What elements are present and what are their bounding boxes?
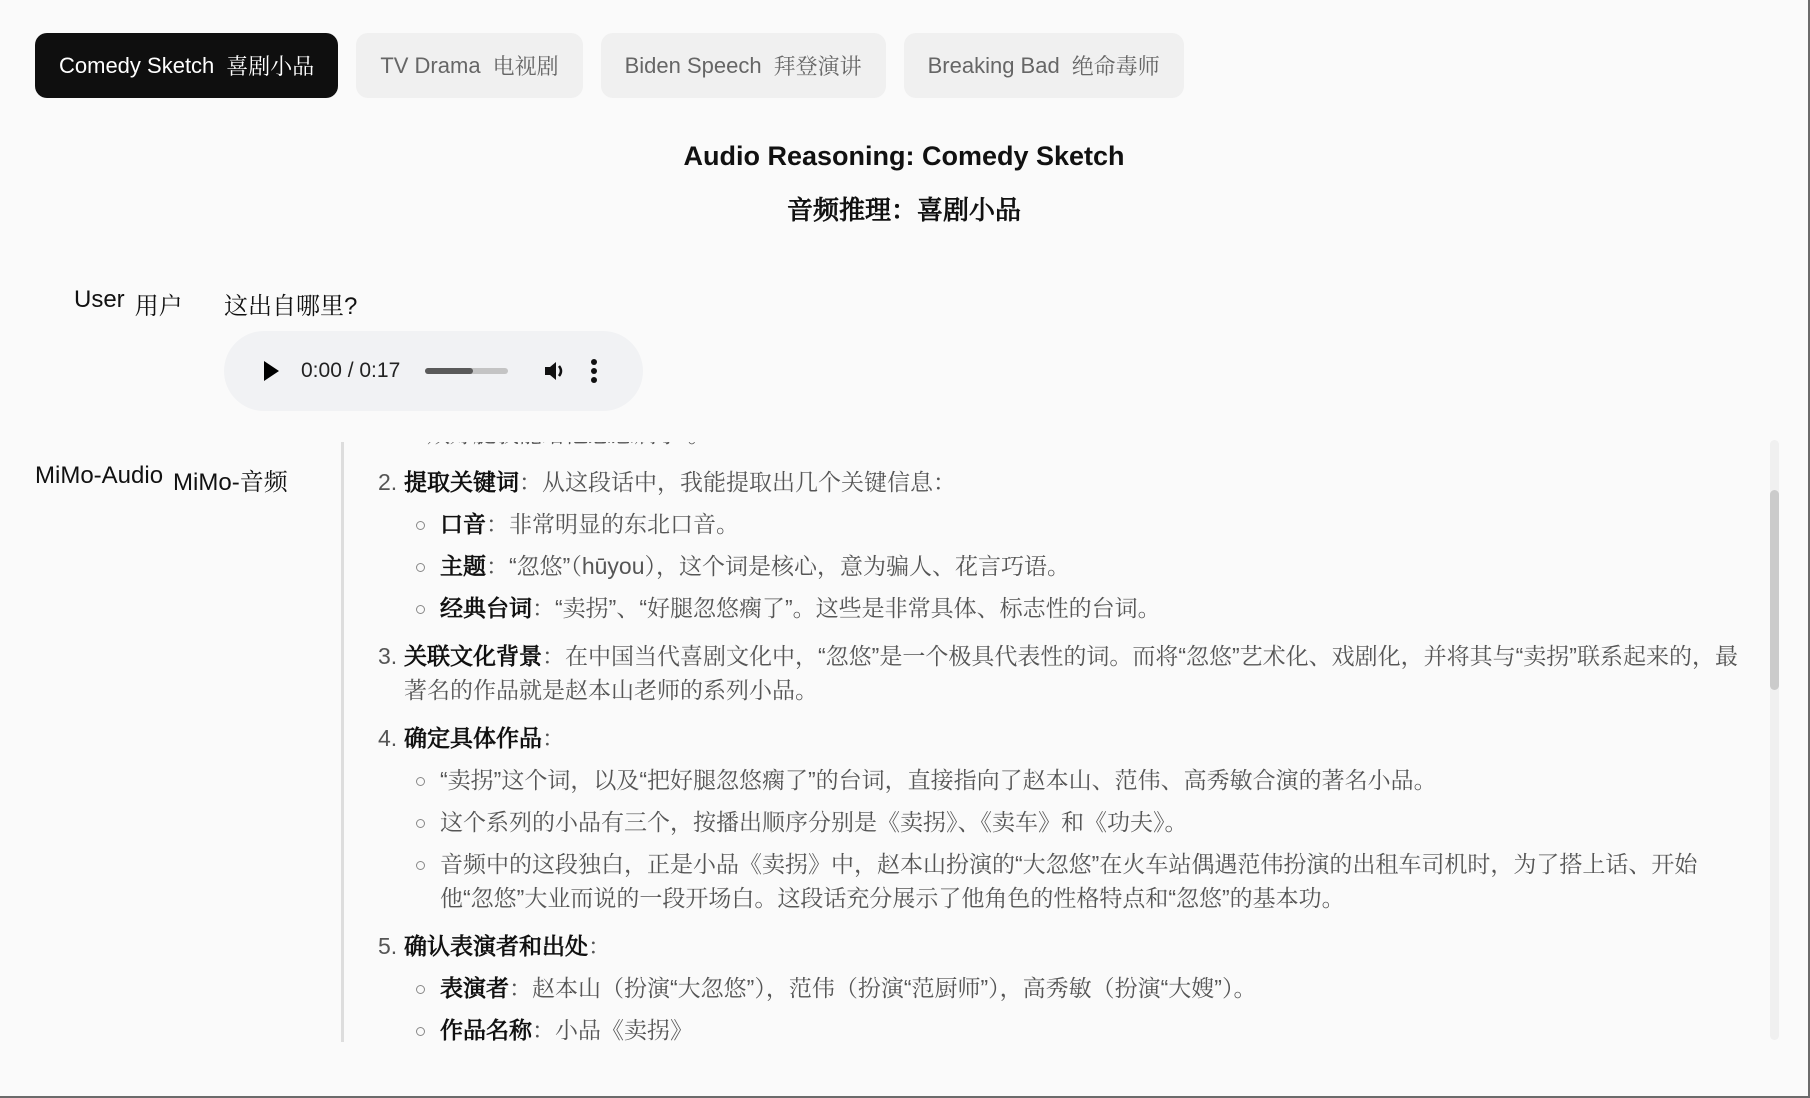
step-item: 4. 确定具体作品： “卖拐”这个词，以及“把好腿忽悠瘸了”的台词，直接指向了赵…	[378, 721, 1744, 915]
clipped-line: 一双好腿我能给他忽悠瘸了”。	[344, 442, 1744, 451]
list-item: 作品名称：小品《卖拐》	[440, 1013, 1744, 1042]
tab-label-en: Biden Speech	[625, 53, 762, 79]
step-subitems: 表演者：赵本山（扮演“大忽悠”），范伟（扮演“范厨师”），高秀敏（扮演“大嫂”）…	[404, 971, 1744, 1042]
tab-label-en: Breaking Bad	[928, 53, 1060, 79]
circle-bullet-icon	[416, 861, 425, 870]
tab-tv-drama[interactable]: TV Drama 电视剧	[356, 33, 582, 98]
step-heading: 确认表演者和出处	[404, 933, 588, 959]
model-response-scroll-area[interactable]: 一双好腿我能给他忽悠瘸了”。 2. 提取关键词：从这段话中，我能提取出几个关键信…	[344, 442, 1764, 1042]
step-heading: 关联文化背景	[404, 643, 542, 669]
list-item: 音频中的这段独白，正是小品《卖拐》中，赵本山扮演的“大忽悠”在火车站偶遇范伟扮演…	[440, 847, 1744, 915]
user-label-zh: 用户	[135, 286, 183, 321]
circle-bullet-icon	[416, 521, 425, 530]
audio-seek-bar[interactable]	[425, 368, 508, 374]
tab-breaking-bad[interactable]: Breaking Bad 绝命毒师	[904, 33, 1184, 98]
step-item: 3. 关联文化背景：在中国当代喜剧文化中，“忽悠”是一个极具代表性的词。而将“忽…	[378, 639, 1744, 707]
page-title: Audio Reasoning: Comedy Sketch	[0, 136, 1808, 176]
reasoning-steps: 2. 提取关键词：从这段话中，我能提取出几个关键信息： 口音：非常明显的东北口音…	[344, 465, 1744, 1042]
circle-bullet-icon	[416, 985, 425, 994]
circle-bullet-icon	[416, 819, 425, 828]
model-label-en: MiMo-Audio	[35, 462, 163, 497]
audio-seek-fill	[425, 368, 472, 374]
step-item: 2. 提取关键词：从这段话中，我能提取出几个关键信息： 口音：非常明显的东北口音…	[378, 465, 1744, 625]
example-tabs: Comedy Sketch 喜剧小品 TV Drama 电视剧 Biden Sp…	[35, 33, 1184, 98]
page-subtitle: 音频推理：喜剧小品	[0, 190, 1808, 230]
list-item: 这个系列的小品有三个，按播出顺序分别是《卖拐》、《卖车》和《功夫》。	[440, 805, 1744, 839]
tab-comedy-sketch[interactable]: Comedy Sketch 喜剧小品	[35, 33, 338, 98]
tab-label-en: TV Drama	[380, 53, 480, 79]
volume-icon[interactable]	[543, 359, 569, 383]
audio-time: 0:00 / 0:17	[301, 359, 400, 383]
step-subitems: “卖拐”这个词，以及“把好腿忽悠瘸了”的台词，直接指向了赵本山、范伟、高秀敏合演…	[404, 763, 1744, 915]
list-item: 主题：“忽悠”（hūyou），这个词是核心，意为骗人、花言巧语。	[440, 549, 1744, 583]
circle-bullet-icon	[416, 777, 425, 786]
circle-bullet-icon	[416, 1027, 425, 1036]
user-question: 这出自哪里?	[224, 286, 357, 321]
list-item: 经典台词：“卖拐”、“好腿忽悠瘸了”。这些是非常具体、标志性的台词。	[440, 591, 1744, 625]
more-vertical-icon[interactable]	[591, 359, 597, 383]
scrollbar-thumb[interactable]	[1770, 490, 1779, 690]
circle-bullet-icon	[416, 563, 425, 572]
tab-label-zh: 喜剧小品	[226, 50, 314, 81]
play-icon[interactable]	[264, 361, 279, 381]
list-item: 口音：非常明显的东北口音。	[440, 507, 1744, 541]
step-heading: 提取关键词	[404, 469, 519, 495]
page-header: Audio Reasoning: Comedy Sketch 音频推理：喜剧小品	[0, 136, 1808, 230]
circle-bullet-icon	[416, 605, 425, 614]
tab-biden-speech[interactable]: Biden Speech 拜登演讲	[601, 33, 886, 98]
list-item: “卖拐”这个词，以及“把好腿忽悠瘸了”的台词，直接指向了赵本山、范伟、高秀敏合演…	[440, 763, 1744, 797]
tab-label-zh: 绝命毒师	[1072, 50, 1160, 81]
model-role-label: MiMo-Audio MiMo-音频	[35, 462, 288, 497]
tab-label-zh: 电视剧	[493, 50, 559, 81]
model-response: 一双好腿我能给他忽悠瘸了”。 2. 提取关键词：从这段话中，我能提取出几个关键信…	[344, 442, 1744, 1042]
tab-label-zh: 拜登演讲	[774, 50, 862, 81]
user-role-label: User 用户	[74, 286, 183, 321]
user-label-en: User	[74, 286, 125, 321]
tab-label-en: Comedy Sketch	[59, 53, 214, 79]
step-item: 5. 确认表演者和出处： 表演者：赵本山（扮演“大忽悠”），范伟（扮演“范厨师”…	[378, 929, 1744, 1042]
response-scrollbar[interactable]	[1770, 440, 1779, 1040]
step-subitems: 口音：非常明显的东北口音。 主题：“忽悠”（hūyou），这个词是核心，意为骗人…	[404, 507, 1744, 625]
model-label-zh: MiMo-音频	[173, 462, 288, 497]
list-item: 表演者：赵本山（扮演“大忽悠”），范伟（扮演“范厨师”），高秀敏（扮演“大嫂”）…	[440, 971, 1744, 1005]
step-heading: 确定具体作品	[404, 725, 542, 751]
audio-player[interactable]: 0:00 / 0:17	[224, 331, 643, 411]
